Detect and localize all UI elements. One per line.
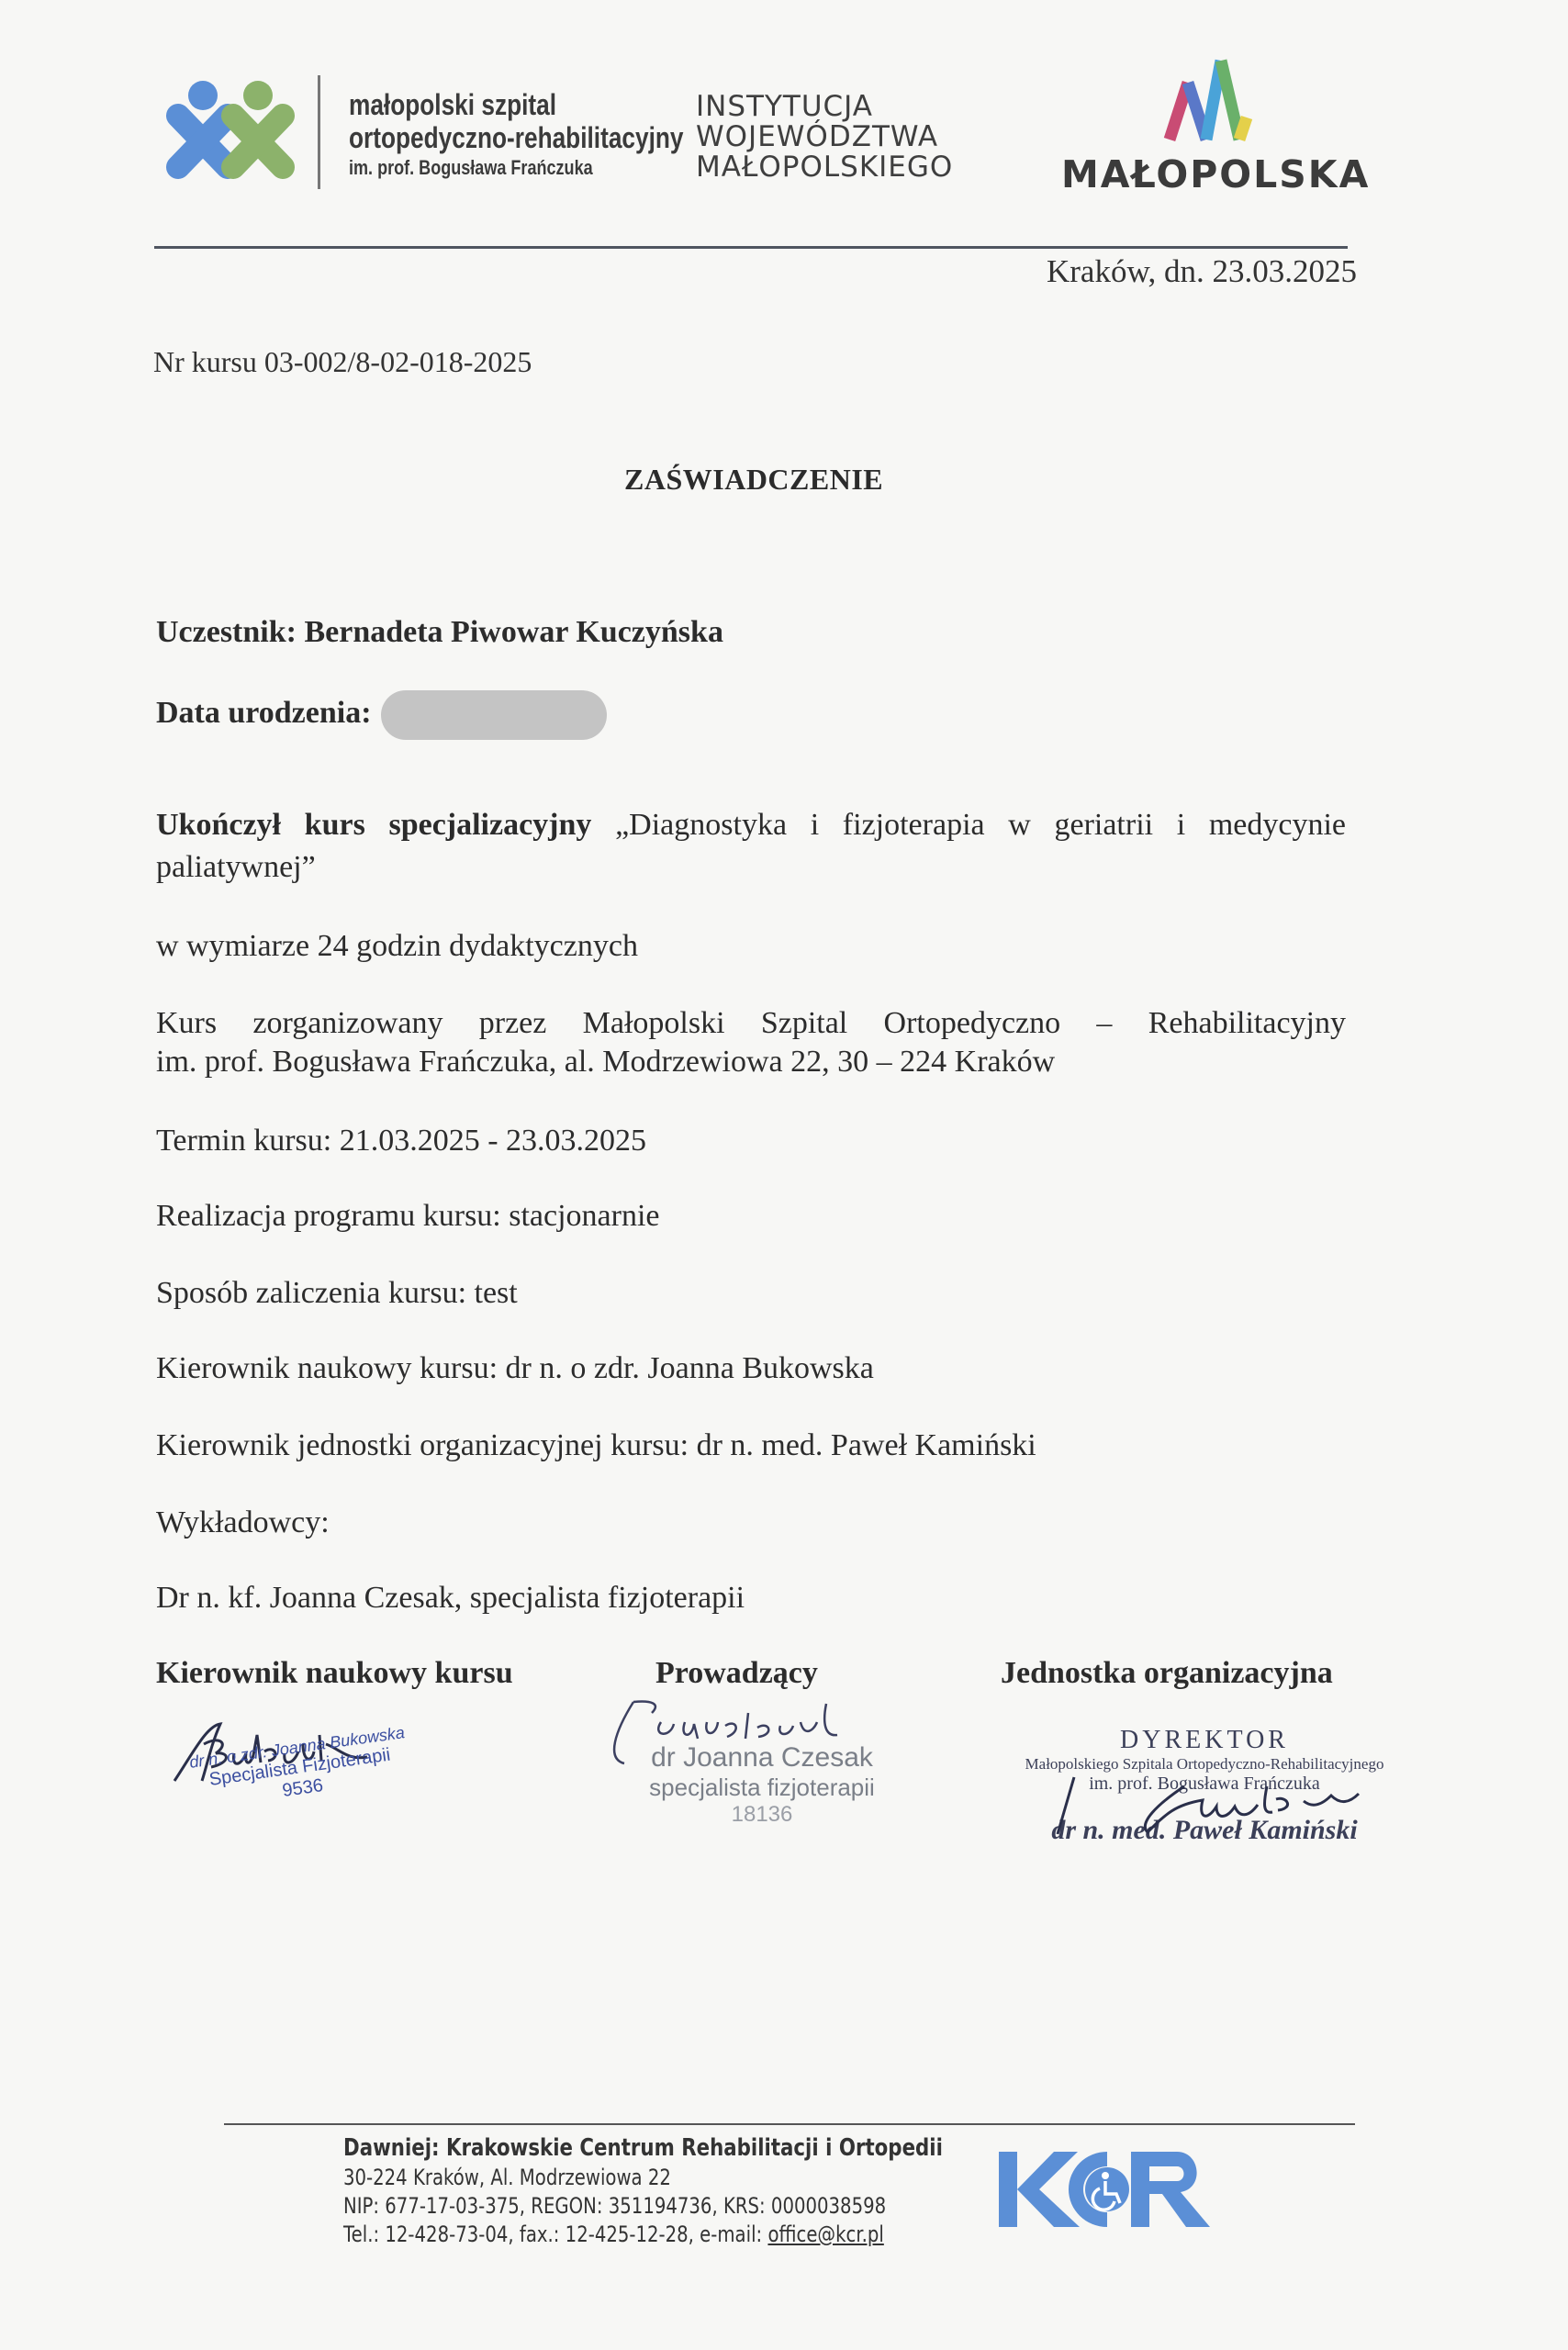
malopolska-logo-text: MAŁOPOLSKA <box>1061 152 1370 196</box>
course-title-cont: paliatywnej” <box>156 850 316 885</box>
malopolska-logo-icon <box>1159 51 1260 143</box>
participant-row: Uczestnik: Bernadeta Piwowar Kuczyńska <box>156 615 723 650</box>
place-date: Kraków, dn. 23.03.2025 <box>1047 253 1357 290</box>
scientific-head: Kierownik naukowy kursu: dr n. o zdr. Jo… <box>156 1351 874 1386</box>
organizer-line-1: Kurs zorganizowany przez Małopolski Szpi… <box>156 1006 1346 1041</box>
stamp-line: dr Joanna Czesak <box>624 1742 900 1774</box>
handwritten-signature-kaminski <box>1047 1768 1386 1841</box>
completed-label: Ukończył kurs specjalizacyjny <box>156 808 591 842</box>
redacted-birth-date <box>381 690 607 740</box>
footer-registry: NIP: 677-17-03-375, REGON: 351194736, KR… <box>343 2192 943 2221</box>
course-hours: w wymiarze 24 godzin dydaktycznych <box>156 929 638 964</box>
logo-divider <box>318 75 320 189</box>
footer-address: 30-224 Kraków, Al. Modrzewiowa 22 <box>343 2164 943 2192</box>
footer-divider <box>224 2123 1355 2125</box>
stamp-line: specjalista fizjoterapii <box>624 1774 900 1802</box>
footer-phone-email: Tel.: 12-428-73-04, fax.: 12-425-12-28, … <box>343 2221 943 2249</box>
participant-name: Bernadeta Piwowar Kuczyńska <box>304 615 722 649</box>
institution-line: INSTYTUCJA <box>696 92 953 122</box>
institution-name: INSTYTUCJA WOJEWÓDZTWA MAŁOPOLSKIEGO <box>696 92 953 183</box>
signature-heading-scientific: Kierownik naukowy kursu <box>156 1656 513 1691</box>
participant-label: Uczestnik: <box>156 615 297 649</box>
completed-course-line: Ukończył kurs specjalizacyjny „Diagnosty… <box>156 808 1346 843</box>
header-divider <box>154 246 1348 249</box>
birth-date-label: Data urodzenia: <box>156 696 372 730</box>
organizer-line-2: im. prof. Bogusława Frańczuka, al. Modrz… <box>156 1045 1055 1080</box>
stamp-line: 18136 <box>624 1802 900 1828</box>
stamp-line: DYREKTOR <box>1021 1726 1388 1755</box>
footer-contact: Dawniej: Krakowskie Centrum Rehabilitacj… <box>343 2133 943 2249</box>
course-term: Termin kursu: 21.03.2025 - 23.03.2025 <box>156 1124 646 1158</box>
course-assessment: Sposób zaliczenia kursu: test <box>156 1276 518 1311</box>
hospital-name-line: małopolski szpital <box>349 88 684 121</box>
stamp-lecturer: dr Joanna Czesak specjalista fizjoterapi… <box>624 1742 900 1828</box>
hospital-name: małopolski szpital ortopedyczno-rehabili… <box>349 88 684 182</box>
institution-line: MAŁOPOLSKIEGO <box>696 152 953 183</box>
lecturer-item: Dr n. kf. Joanna Czesak, specjalista fiz… <box>156 1581 745 1616</box>
hospital-name-line: ortopedyczno-rehabilitacyjny <box>349 121 684 154</box>
birth-date-row: Data urodzenia: <box>156 690 607 740</box>
email-link[interactable]: office@kcr.pl <box>767 2221 883 2247</box>
course-number: Nr kursu 03-002/8-02-018-2025 <box>153 345 532 379</box>
kcr-logo-icon <box>997 2148 1217 2231</box>
signature-heading-unit: Jednostka organizacyjna <box>1001 1656 1333 1691</box>
footer-phone: Tel.: 12-428-73-04, fax.: 12-425-12-28, … <box>343 2221 767 2247</box>
footer-former-name: Dawniej: Krakowskie Centrum Rehabilitacj… <box>343 2133 943 2164</box>
course-realization: Realizacja programu kursu: stacjonarnie <box>156 1199 660 1234</box>
document-title: ZAŚWIADCZENIE <box>624 463 883 497</box>
unit-head: Kierownik jednostki organizacyjnej kursu… <box>156 1428 1036 1463</box>
course-title: „Diagnostyka i fizjoterapia w geriatrii … <box>615 808 1346 842</box>
hospital-logo-icon <box>163 75 301 185</box>
hospital-name-line: im. prof. Bogusława Frańczuka <box>349 154 684 182</box>
institution-line: WOJEWÓDZTWA <box>696 122 953 152</box>
lecturers-label: Wykładowcy: <box>156 1505 330 1540</box>
signature-heading-lecturer: Prowadzący <box>655 1656 818 1691</box>
